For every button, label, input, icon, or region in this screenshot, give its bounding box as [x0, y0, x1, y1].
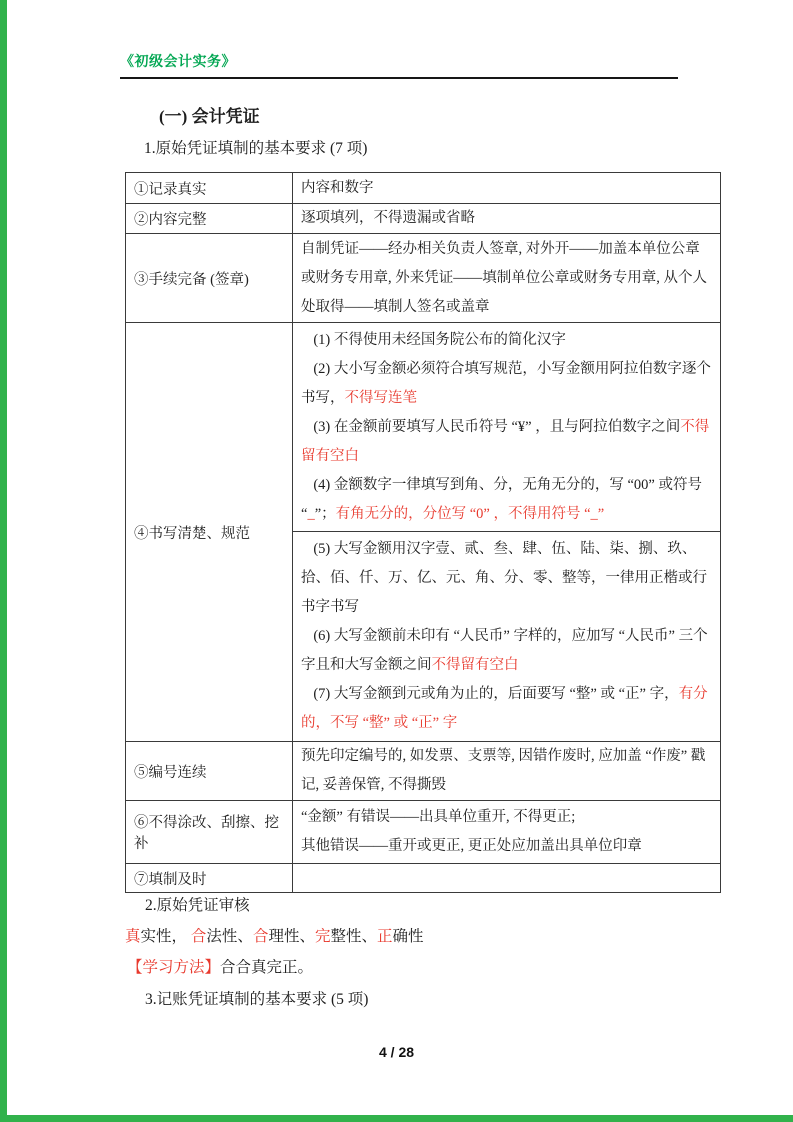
row-content: “金额” 有错误——出具单位重开, 不得更正; 其他错误——重开或更正, 更正处…	[293, 801, 721, 864]
row-content: 自制凭证——经办相关负责人签章, 对外开——加盖本单位公章或财务专用章, 外来凭…	[293, 234, 721, 323]
error-rule-line: 其他错误——重开或更正, 更正处应加盖出具单位印章	[301, 832, 714, 861]
table-row: ③手续完备 (签章) 自制凭证——经办相关负责人签章, 对外开——加盖本单位公章…	[126, 234, 721, 323]
header-divider	[120, 77, 678, 79]
row-content: 逐项填列，不得遗漏或省略	[293, 204, 721, 234]
row-label: ⑥不得涂改、刮擦、挖补	[126, 801, 293, 864]
table-row: ⑥不得涂改、刮擦、挖补 “金额” 有错误——出具单位重开, 不得更正; 其他错误…	[126, 801, 721, 864]
row-content-text: 自制凭证——经办相关负责人签章, 对外开——加盖本单位公章或财务专用章, 外来凭…	[301, 235, 714, 322]
row-label: ②内容完整	[126, 204, 293, 234]
row-content-text: (1) 不得使用未经国务院公布的简化汉字 (2) 大小写金额必须符合填写规范，小…	[301, 326, 714, 529]
row-content: 内容和数字	[293, 173, 721, 204]
page-edge-left-green-bar	[0, 0, 7, 1122]
rule-item: (4) 金额数字一律填写到角、分，无角无分的，写 “00” 或符号 “_”；有角…	[301, 471, 714, 529]
row-label: ③手续完备 (签章)	[126, 234, 293, 323]
table-row: ②内容完整 逐项填列，不得遗漏或省略	[126, 204, 721, 234]
point-3-title: 3.记账凭证填制的基本要求 (5 项)	[145, 987, 368, 1009]
page-number: 4 / 28	[0, 1044, 793, 1060]
study-method-line: 【学习方法】合合真完正。	[127, 955, 313, 977]
row-content: 预先印定编号的, 如发票、支票等, 因错作废时, 应加盖 “作废” 戳记, 妥善…	[293, 742, 721, 801]
rule-item: (7) 大写金额到元或角为止的，后面要写 “整” 或 “正” 字，有分的，不写 …	[301, 680, 714, 738]
rule-item: (2) 大小写金额必须符合填写规范，小写金额用阿拉伯数字逐个书写，不得写连笔	[301, 355, 714, 413]
row-content-text: (5) 大写金额用汉字壹、贰、叁、肆、伍、陆、柒、捌、玖、拾、佰、仟、万、亿、元…	[301, 535, 714, 738]
page-edge-bottom-green-bar	[0, 1115, 793, 1122]
row-content: (5) 大写金额用汉字壹、贰、叁、肆、伍、陆、柒、捌、玖、拾、佰、仟、万、亿、元…	[293, 532, 721, 742]
table-row: ⑦填制及时	[126, 864, 721, 893]
rule-item: (6) 大写金额前未印有 “人民币” 字样的，应加写 “人民币” 三个字且和大写…	[301, 622, 714, 680]
table-row: ⑤编号连续 预先印定编号的, 如发票、支票等, 因错作废时, 应加盖 “作废” …	[126, 742, 721, 801]
row-label: ⑦填制及时	[126, 864, 293, 893]
row-content-text: 逐项填列，不得遗漏或省略	[301, 204, 714, 233]
review-attributes-line: 真实性， 合法性、合理性、完整性、正确性	[125, 924, 424, 946]
rule-item: (1) 不得使用未经国务院公布的简化汉字	[301, 326, 714, 355]
row-content-text: “金额” 有错误——出具单位重开, 不得更正; 其他错误——重开或更正, 更正处…	[301, 803, 714, 861]
requirements-table: ①记录真实 内容和数字 ②内容完整 逐项填列，不得遗漏或省略 ③手续完备 (签章…	[125, 172, 721, 893]
rule-item: (5) 大写金额用汉字壹、贰、叁、肆、伍、陆、柒、捌、玖、拾、佰、仟、万、亿、元…	[301, 535, 714, 622]
row-content-text: 预先印定编号的, 如发票、支票等, 因错作废时, 应加盖 “作废” 戳记, 妥善…	[301, 742, 714, 800]
error-rule-line: “金额” 有错误——出具单位重开, 不得更正;	[301, 803, 714, 832]
document-header-title: 《初级会计实务》	[120, 51, 236, 71]
point-1-title: 1.原始凭证填制的基本要求 (7 项)	[144, 136, 367, 158]
row-label: ⑤编号连续	[126, 742, 293, 801]
row-label: ④书写清楚、规范	[126, 323, 293, 742]
row-content-text: 内容和数字	[301, 174, 714, 203]
row-label: ①记录真实	[126, 173, 293, 204]
table-row: ④书写清楚、规范 (1) 不得使用未经国务院公布的简化汉字 (2) 大小写金额必…	[126, 323, 721, 532]
row-content	[293, 864, 721, 893]
table-row: ①记录真实 内容和数字	[126, 173, 721, 204]
row-content: (1) 不得使用未经国务院公布的简化汉字 (2) 大小写金额必须符合填写规范，小…	[293, 323, 721, 532]
section-title: (一) 会计凭证	[159, 102, 260, 127]
rule-item: (3) 在金额前要填写人民币符号 “¥” ，且与阿拉伯数字之间不得留有空白	[301, 413, 714, 471]
point-2-title: 2.原始凭证审核	[145, 893, 250, 915]
